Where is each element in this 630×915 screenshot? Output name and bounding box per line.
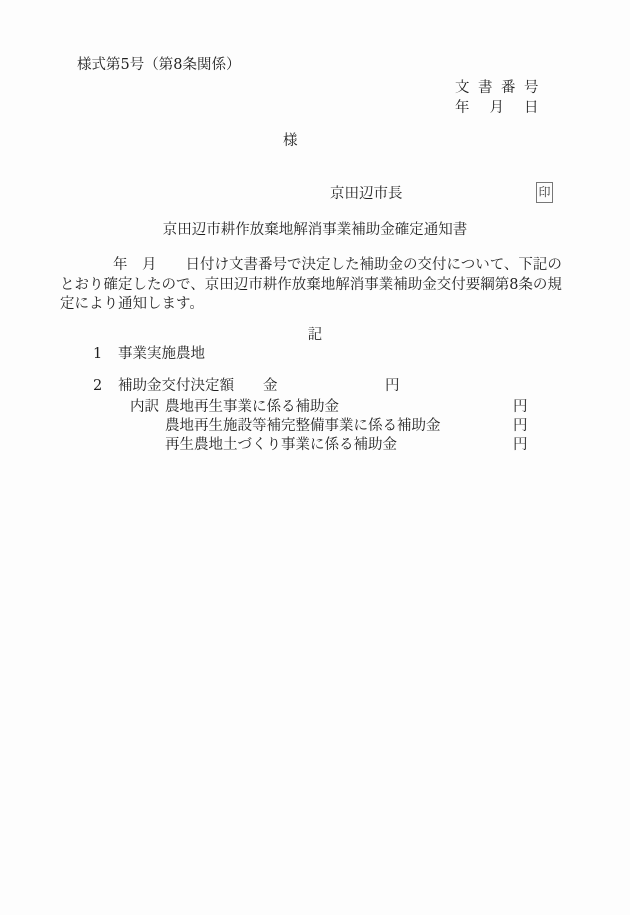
item-2-number: 2 [93, 377, 102, 395]
sender-name: 京田辺市長 [330, 185, 403, 203]
breakdown-row-text: 再生農地土づくり事業に係る補助金 [165, 436, 397, 454]
body-paragraph-line: とおり確定したので、京田辺市耕作放棄地解消事業補助金交付要綱第8条の規 [60, 276, 562, 294]
breakdown-row-text: 農地再生施設等補完整備事業に係る補助金 [165, 417, 441, 435]
body-paragraph-line: 年 月 日付け文書番号で決定した補助金の交付について、下記の [60, 256, 562, 274]
amount-prefix: 金 [263, 377, 278, 395]
form-number: 様式第5号（第8条関係） [77, 56, 240, 74]
amount-unit: 円 [385, 377, 400, 395]
breakdown-row-unit: 円 [513, 417, 528, 435]
document-title: 京田辺市耕作放棄地解消事業補助金確定通知書 [0, 221, 630, 239]
body-paragraph-line: 定により通知します。 [60, 295, 204, 313]
notes-marker: 記 [0, 326, 630, 344]
seal-stamp-box: 印 [536, 182, 553, 203]
item-2-label: 補助金交付決定額 [118, 377, 234, 395]
item-1-number: 1 [93, 345, 102, 363]
document-page: 様式第5号（第8条関係） 文書番号 年月日 様 京田辺市長 印 京田辺市耕作放棄… [0, 0, 630, 915]
seal-character: 印 [538, 185, 550, 200]
breakdown-label: 内訳 [130, 398, 159, 416]
item-1-label: 事業実施農地 [118, 345, 205, 363]
addressee-suffix: 様 [283, 132, 298, 150]
breakdown-row-unit: 円 [513, 398, 528, 416]
breakdown-row-text: 農地再生事業に係る補助金 [165, 398, 339, 416]
document-number-placeholder: 文書番号 [455, 79, 547, 97]
breakdown-row-unit: 円 [513, 436, 528, 454]
date-placeholder: 年月日 [455, 99, 559, 117]
